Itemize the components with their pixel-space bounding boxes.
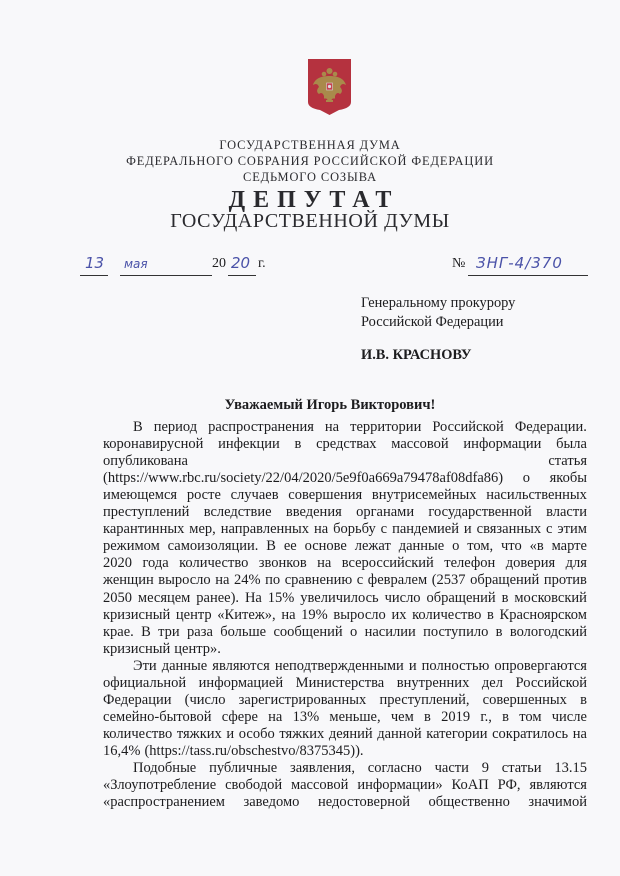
body-word: публичные <box>209 760 277 777</box>
body-word: карантинных <box>103 521 184 538</box>
body-word: инфекции <box>218 436 280 453</box>
body-word: якобы <box>550 470 587 487</box>
body-word: числе <box>552 709 587 726</box>
body-line: режимомсамоизоляции.Вееосновележатданные… <box>103 538 587 555</box>
body-word: На <box>245 590 262 607</box>
body-word: всероссийский <box>342 555 434 572</box>
body-word: сравнению <box>285 572 353 589</box>
body-word: на <box>268 709 282 726</box>
body-line: количествотяжкихиособотяжкихдеянийданной… <box>103 726 587 743</box>
body-word: количество <box>103 726 172 743</box>
body-word: сфере <box>222 709 258 726</box>
body-word: (число <box>185 692 226 709</box>
body-word: значимой <box>528 794 587 811</box>
body-line: 2020годаколичествозвонковнавсероссийский… <box>103 555 587 572</box>
body-word: 2020 <box>103 555 132 572</box>
body-word: в <box>295 436 302 453</box>
body-word: полностью <box>422 658 490 675</box>
body-word: кризисный <box>103 641 170 658</box>
body-word: на <box>314 521 328 538</box>
body-word: массовой <box>291 777 348 794</box>
body-word: раза <box>187 624 213 641</box>
body-word: число <box>385 590 421 607</box>
body-word: том, <box>467 538 493 555</box>
year-underline <box>228 275 256 276</box>
body-word: официальной <box>103 675 186 692</box>
body-word: была <box>556 436 587 453</box>
body-word: (https://www.rbc.ru/society/22/04/2020/5… <box>103 470 503 487</box>
day-underline <box>80 275 108 276</box>
body-word: в <box>580 692 587 709</box>
body-word: распространения <box>208 419 314 436</box>
body-word: росте <box>187 487 221 504</box>
body-word: случаев <box>231 487 279 504</box>
body-word: информации» <box>357 777 442 794</box>
body-word: преступлений, <box>379 692 469 709</box>
body-word: звонков <box>259 555 307 572</box>
date-year-mark: г. <box>258 256 266 272</box>
body-word: Красноярском <box>500 607 587 624</box>
body-line: имеющемсяростеслучаевсовершениявнутрисем… <box>103 487 587 504</box>
body-word: Эти <box>133 658 157 675</box>
body-word: мер, <box>189 521 216 538</box>
body-word: вологодский <box>510 624 587 641</box>
body-word: введения <box>286 504 342 521</box>
body-word: и <box>226 726 234 743</box>
body-line: кризисныйцентр». <box>103 641 587 658</box>
coat-of-arms-icon <box>307 58 352 116</box>
body-word: пандемией <box>392 521 459 538</box>
body-word: по <box>265 572 280 589</box>
body-word: Федерации. <box>515 419 587 436</box>
body-word: в <box>496 624 503 641</box>
body-word: о <box>350 624 357 641</box>
body-word: сократилось <box>492 726 568 743</box>
body-line: официальнойинформациейМинистерствавнутре… <box>103 675 587 692</box>
date-month: мая <box>124 257 148 271</box>
body-word: на <box>317 555 331 572</box>
body-word: том <box>519 709 541 726</box>
body-word: «в <box>530 538 544 555</box>
body-word: внутренних <box>397 675 470 692</box>
body-word: 2050 <box>103 590 132 607</box>
body-word: этим <box>557 521 587 538</box>
body-word: власти <box>546 504 587 521</box>
body-word: связанных <box>477 521 541 538</box>
body-word: Подобные <box>133 760 196 777</box>
body-word: общественно <box>429 794 510 811</box>
body-word: особо <box>239 726 275 743</box>
body-word: Российской <box>516 675 587 692</box>
document-number: ЗНГ-4/370 <box>476 254 563 272</box>
body-line: «распространениемзаведомонедостовернойоб… <box>103 794 587 811</box>
body-word: 19% <box>301 607 328 624</box>
body-word: (https://tass.ru/obschestvo/8375345)). <box>144 743 363 760</box>
body-word: внутрисемейных <box>372 487 477 504</box>
body-word: 13% <box>293 709 320 726</box>
body-word: количество <box>179 555 248 572</box>
body-word: Российской <box>432 419 503 436</box>
letterhead-line-3: СЕДЬМОГО СОЗЫВА <box>0 170 620 185</box>
body-line: 16,4%(https://tass.ru/obschestvo/8375345… <box>103 743 587 760</box>
body-word: что <box>501 538 522 555</box>
body-word: крае. <box>103 624 134 641</box>
body-word: семейно-бытовой <box>103 709 212 726</box>
body-word: против <box>544 572 587 589</box>
body-word: дел <box>482 675 503 692</box>
body-word: РФ, <box>498 777 521 794</box>
body-word: на <box>325 419 339 436</box>
body-word: самоизоляции. <box>168 538 259 555</box>
body-word: «распространением <box>103 794 225 811</box>
addressee-line-1: Генеральному прокурору <box>361 294 515 313</box>
body-word: направленных <box>221 521 309 538</box>
body-word: о <box>452 538 459 555</box>
letterhead-subtitle: ГОСУДАРСТВЕННОЙ ДУМЫ <box>0 210 620 233</box>
body-word: на <box>281 607 295 624</box>
body-word: с <box>546 521 552 538</box>
body-word: на <box>573 726 587 743</box>
body-word: февралем <box>368 572 427 589</box>
body-word: вследствие <box>204 504 272 521</box>
body-word: КоАП <box>452 777 489 794</box>
number-label: № <box>452 256 465 272</box>
body-word: 13.15 <box>554 760 587 777</box>
body-word: года <box>142 555 168 572</box>
body-word: центр <box>176 607 212 624</box>
body-word: г., <box>480 709 492 726</box>
body-word: московский <box>514 590 587 607</box>
body-line: Федерации(числозарегистрированныхпреступ… <box>103 692 587 709</box>
body-word: В <box>141 624 151 641</box>
body-word: количество <box>412 607 481 624</box>
body-line: опубликованастатья <box>103 453 587 470</box>
body-word: деяний <box>329 726 373 743</box>
body-word: меньше, <box>329 709 380 726</box>
body-word: выросло <box>333 607 385 624</box>
body-word: 15% <box>268 590 295 607</box>
body-word: статья <box>548 453 587 470</box>
body-word: насильственных <box>486 487 587 504</box>
body-line: ВпериодраспространениянатерриторииРоссий… <box>133 419 587 436</box>
body-word: борьбу <box>333 521 376 538</box>
body-word: месяцем <box>138 590 190 607</box>
body-word: телефон <box>444 555 495 572</box>
body-word: в <box>502 590 509 607</box>
body-word: опровергаются <box>494 658 587 675</box>
body-line: «Злоупотреблениесвободоймассовойинформац… <box>103 777 587 794</box>
body-word: доверия <box>506 555 556 572</box>
body-line: преступленийвследствиевведенияорганамиго… <box>103 504 587 521</box>
body-word: опубликована <box>103 453 188 470</box>
body-word: кризисный <box>103 607 170 624</box>
body-word: на <box>215 572 229 589</box>
body-line: крае.Втриразабольшесообщенийонасилиипост… <box>103 624 587 641</box>
body-word: тяжких <box>279 726 324 743</box>
body-word: согласно <box>368 760 422 777</box>
date-year-prefix: 20 <box>212 256 226 272</box>
body-line: Подобныепубличныезаявления,согласночасти… <box>133 760 587 777</box>
body-word: больше <box>220 624 266 641</box>
body-word: центр». <box>174 641 221 658</box>
body-word: «Злоупотребление <box>103 777 216 794</box>
body-word: выросло <box>158 572 210 589</box>
body-word: коронавирусной <box>103 436 203 453</box>
body-word: зарегистрированных <box>239 692 367 709</box>
number-underline <box>468 275 588 276</box>
addressee-line-2: Российской Федерации <box>361 313 503 332</box>
body-word: Федерации <box>103 692 171 709</box>
date-year-suffix: 20 <box>231 254 250 272</box>
body-word: массовой <box>391 436 448 453</box>
body-word: поступило <box>423 624 488 641</box>
body-word: заявления, <box>290 760 355 777</box>
body-word: неподтвержденными <box>275 658 404 675</box>
body-word: в <box>487 607 494 624</box>
body-word: категории <box>426 726 487 743</box>
body-word: Министерства <box>296 675 385 692</box>
body-word: марте <box>552 538 587 555</box>
body-line: Этиданныеявляютсянеподтвержденнымииполно… <box>133 658 587 675</box>
body-word: заведомо <box>243 794 299 811</box>
body-line: коронавируснойинфекциивсредствахмассовой… <box>103 436 587 453</box>
body-word: насилии <box>365 624 416 641</box>
body-word: режимом <box>103 538 160 555</box>
body-word: женщин <box>103 572 154 589</box>
body-word: имеющемся <box>103 487 177 504</box>
body-word: обращений <box>426 590 495 607</box>
body-word: территории <box>350 419 421 436</box>
body-word: В <box>266 538 276 555</box>
body-word: совершения <box>288 487 362 504</box>
body-line: (https://www.rbc.ru/society/22/04/2020/5… <box>103 470 587 487</box>
body-word: три <box>158 624 180 641</box>
body-word: увеличилось <box>300 590 378 607</box>
body-word: с <box>381 521 387 538</box>
month-underline <box>120 275 212 276</box>
body-word: совершенных <box>483 692 567 709</box>
body-word: и <box>464 521 472 538</box>
body-word: В <box>133 419 143 436</box>
addressee-name: И.В. КРАСНОВУ <box>361 346 471 365</box>
body-line: семейно-бытовойсферена13%меньше,чемв2019… <box>103 709 587 726</box>
salutation: Уважаемый Игорь Викторович! <box>0 397 620 414</box>
body-word: тяжких <box>177 726 222 743</box>
body-word: и <box>409 658 417 675</box>
body-word: информацией <box>199 675 283 692</box>
body-word: о <box>523 470 530 487</box>
body-word: лежат <box>355 538 391 555</box>
body-word: части <box>435 760 469 777</box>
body-word: данной <box>377 726 421 743</box>
body-word: являются <box>529 777 587 794</box>
body-line: женщинвырослона24%посравнениюсфевралем(2… <box>103 572 587 589</box>
body-word: свободой <box>225 777 282 794</box>
body-word: (2537 <box>432 572 466 589</box>
body-word: ее <box>284 538 297 555</box>
body-word: 24% <box>234 572 261 589</box>
body-line: карантинныхмер,направленныхнаборьбуспанд… <box>103 521 587 538</box>
body-word: их <box>391 607 406 624</box>
body-word: 16,4% <box>103 743 140 760</box>
body-word: органами <box>356 504 414 521</box>
body-word: данные <box>162 658 208 675</box>
body-line: кризисныйцентр«Китеж»,на19%вырослоихколи… <box>103 607 587 624</box>
body-word: государственной <box>428 504 531 521</box>
body-word: в <box>502 709 509 726</box>
body-word: основе <box>305 538 347 555</box>
body-word: чем <box>391 709 414 726</box>
body-word: средствах <box>316 436 376 453</box>
body-word: информации <box>463 436 541 453</box>
body-word: период <box>154 419 197 436</box>
body-word: сообщений <box>273 624 342 641</box>
body-word: «Китеж», <box>217 607 275 624</box>
body-word: недостоверной <box>318 794 410 811</box>
body-word: 9 <box>482 760 489 777</box>
body-word: с <box>357 572 363 589</box>
letterhead-line-1: ГОСУДАРСТВЕННАЯ ДУМА <box>0 138 620 153</box>
body-word: являются <box>212 658 270 675</box>
document-page: ГОСУДАРСТВЕННАЯ ДУМА ФЕДЕРАЛЬНОГО СОБРАН… <box>0 0 620 876</box>
body-word: статьи <box>502 760 542 777</box>
body-word: 2019 <box>441 709 470 726</box>
body-word: данные <box>399 538 445 555</box>
body-word: обращений <box>470 572 539 589</box>
body-word: для <box>566 555 587 572</box>
date-day: 13 <box>85 254 104 272</box>
body-word: в <box>424 709 431 726</box>
body-word: преступлений <box>103 504 189 521</box>
body-word: ранее). <box>196 590 239 607</box>
body-line: 2050месяцемранее).На15%увеличилосьчислоо… <box>103 590 587 607</box>
letterhead-line-2: ФЕДЕРАЛЬНОГО СОБРАНИЯ РОССИЙСКОЙ ФЕДЕРАЦ… <box>0 154 620 169</box>
